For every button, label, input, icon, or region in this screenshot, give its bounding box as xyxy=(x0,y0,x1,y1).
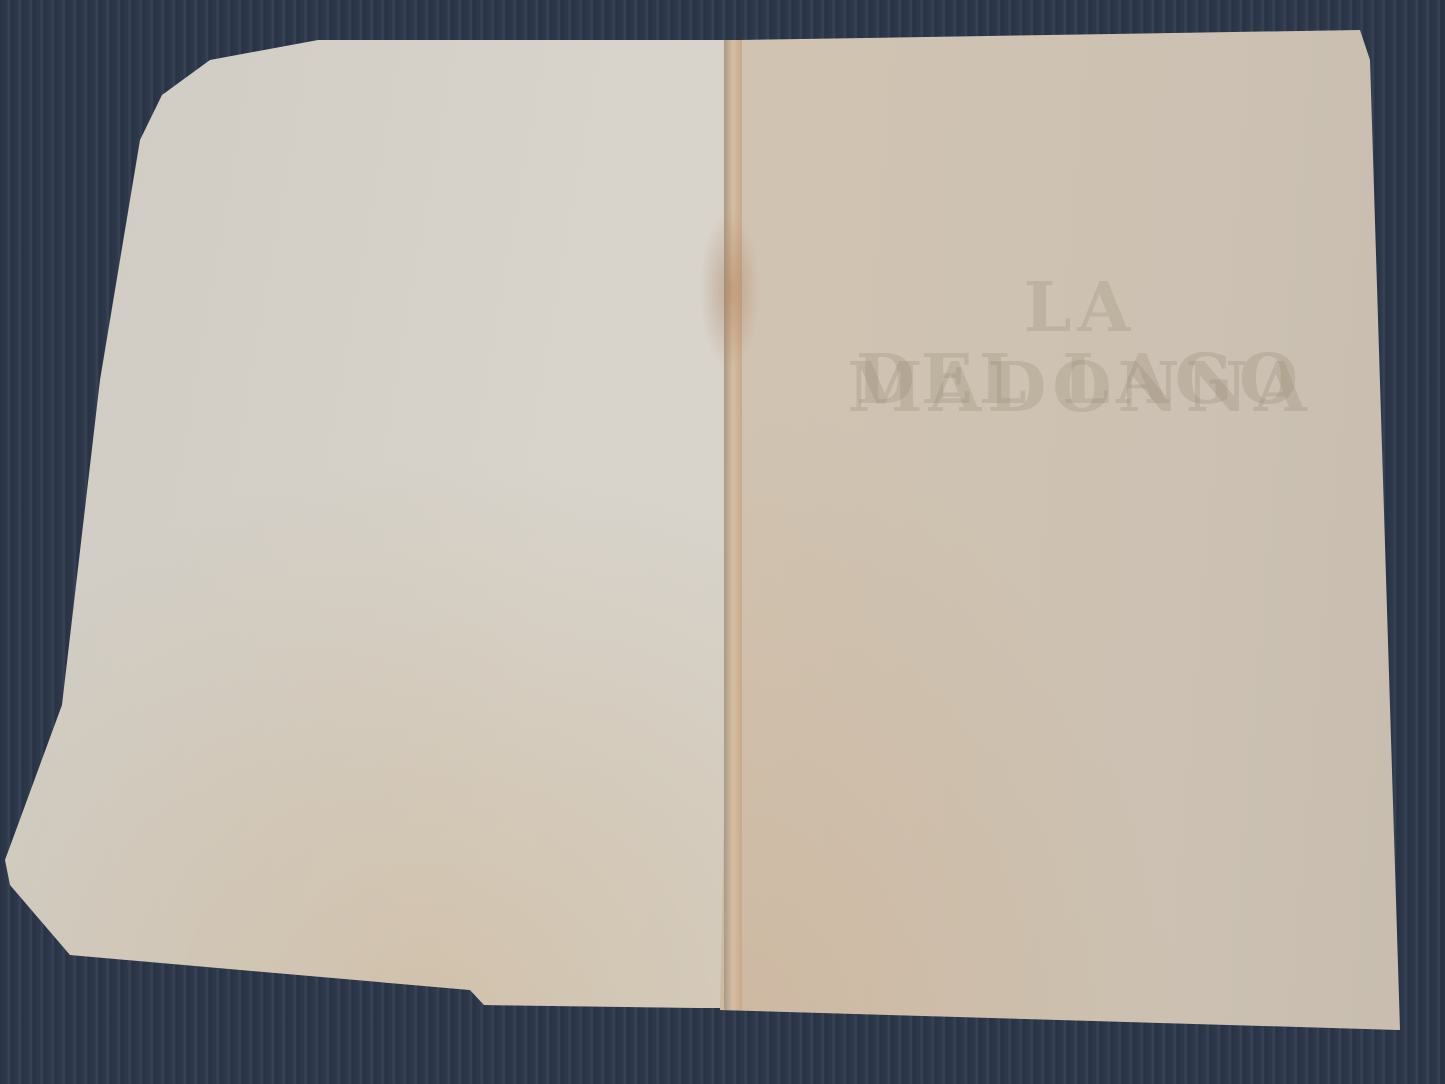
show-through-title-line-2: DEL LAGO xyxy=(800,340,1360,420)
photo-scene: LA MADONNA DEL LAGO xyxy=(0,0,1445,1084)
booklet-spine xyxy=(724,40,742,1010)
stain-mark xyxy=(700,210,760,370)
